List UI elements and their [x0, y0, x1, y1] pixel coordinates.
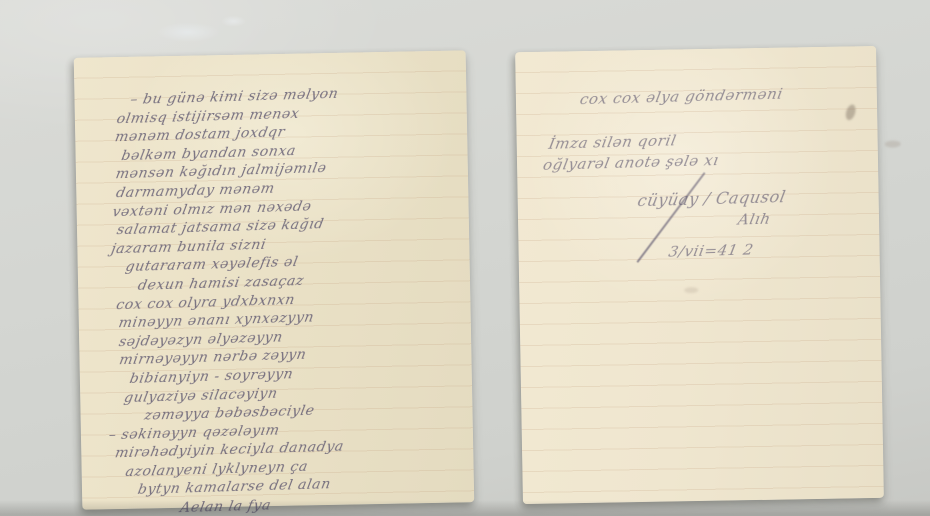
photo-of-letters: – bu günə kimi sizə məlyonolmisq istijir… — [0, 0, 930, 516]
paper-smudge — [684, 287, 698, 293]
wall-smudge — [140, 8, 260, 52]
letter-page-right: cox cox əlya göndərməniİmza silən qorilo… — [515, 46, 884, 504]
handwriting-line: cox cox əlya göndərməni — [578, 80, 901, 110]
letter-page-left: – bu günə kimi sizə məlyonolmisq istijir… — [74, 50, 475, 509]
handwriting-right: cox cox əlya göndərməniİmza silən qorilo… — [515, 46, 900, 266]
handwriting-line: 3/vii=41 2 — [667, 235, 904, 263]
bottom-shadow — [0, 500, 930, 516]
handwriting-left: – bu günə kimi sizə məlyonolmisq istijir… — [74, 50, 499, 516]
handwriting-line: Alıh — [736, 205, 903, 231]
